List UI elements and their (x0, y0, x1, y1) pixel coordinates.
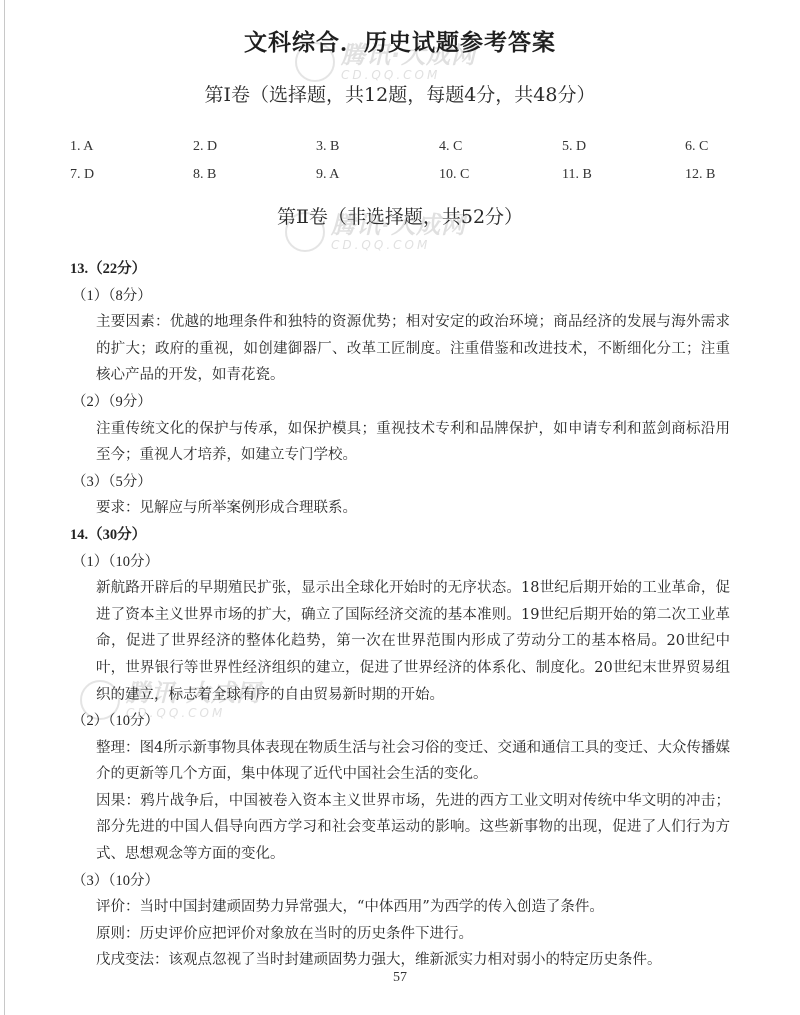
answer-item: 6. C (685, 139, 745, 155)
answer-item: 9. A (316, 167, 439, 183)
answer-item: 5. D (562, 139, 685, 155)
answer-paragraph: 原则：历史评价应把评价对象放在当时的历史条件下进行。 (70, 921, 730, 948)
answer-item: 4. C (439, 139, 562, 155)
answer-paragraph: 注重传统文化的保护与传承，如保护模具；重视技术专利和品牌保护，如申请专利和蓝剑商… (70, 416, 730, 469)
answer-item: 1. A (70, 139, 193, 155)
question-14-3-heading: （3）（10分） (70, 868, 730, 895)
answer-row: 1. A 2. D 3. B 4. C 5. D 6. C (70, 133, 750, 161)
answer-paragraph: 新航路开辟后的早期殖民扩张，显示出全球化开始时的无序状态。18世纪后期开始的工业… (70, 575, 730, 708)
watermark-url: CD.QQ.COM (331, 239, 466, 251)
answer-item: 11. B (562, 167, 685, 183)
answer-paragraph: 要求：见解应与所举案例形成合理联系。 (70, 495, 730, 522)
question-13-1-heading: （1）（8分） (70, 283, 730, 310)
answer-grid: 1. A 2. D 3. B 4. C 5. D 6. C 7. D 8. B … (70, 133, 750, 189)
question-13-3-heading: （3）（5分） (70, 469, 730, 496)
answer-item: 10. C (439, 167, 562, 183)
part2-content: 13.（22分） （1）（8分） 主要因素：优越的地理条件和独特的资源优势；相对… (70, 256, 730, 974)
part2-heading: 第Ⅱ卷（非选择题，共52分） (0, 202, 800, 229)
answer-paragraph: 因果：鸦片战争后，中国被卷入资本主义世界市场，先进的西方工业文明对传统中华文明的… (70, 788, 730, 868)
part1-heading: 第Ⅰ卷（选择题，共12题，每题4分，共48分） (0, 80, 800, 107)
document-title: 文科综合．历史试题参考答案 (0, 24, 800, 57)
answer-item: 3. B (316, 139, 439, 155)
question-14-1-heading: （1）（10分） (70, 549, 730, 576)
page-edge (4, 0, 5, 1015)
answer-paragraph: 主要因素：优越的地理条件和独特的资源优势；相对安定的政治环境；商品经济的发展与海… (70, 309, 730, 389)
question-14-heading: 14.（30分） (70, 522, 730, 549)
answer-item: 8. B (193, 167, 316, 183)
answer-item: 7. D (70, 167, 193, 183)
answer-row: 7. D 8. B 9. A 10. C 11. B 12. B (70, 161, 750, 189)
question-13-2-heading: （2）（9分） (70, 389, 730, 416)
answer-paragraph: 整理：图4所示新事物具体表现在物质生活与社会习俗的变迁、交通和通信工具的变迁、大… (70, 735, 730, 788)
answer-item: 2. D (193, 139, 316, 155)
answer-item: 12. B (685, 167, 745, 183)
question-13-heading: 13.（22分） (70, 256, 730, 283)
answer-paragraph: 评价：当时中国封建顽固势力异常强大，“中体西用”为西学的传入创造了条件。 (70, 894, 730, 921)
page-number: 57 (0, 970, 800, 986)
question-14-2-heading: （2）（10分） (70, 708, 730, 735)
